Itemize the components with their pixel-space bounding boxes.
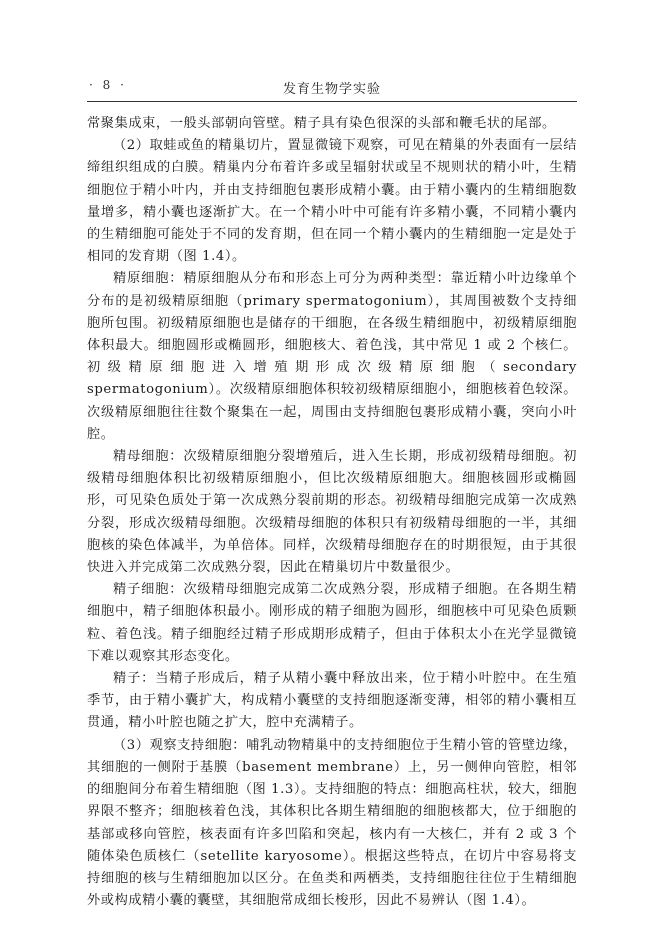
paragraph-spermatid: 精子细胞：次级精母细胞完成第二次成熟分裂，形成精子细胞。在各期生精细胞中，精子细… <box>87 579 577 668</box>
paragraph-sertoli-cell: （3）观察支持细胞：哺乳动物精巢中的支持细胞位于生精小管的管壁边缘，其细胞的一侧… <box>87 735 577 913</box>
paragraph-sperm: 精子：当精子形成后，精子从精小囊中释放出来，位于精小叶腔中。在生殖季节，由于精小… <box>87 668 577 735</box>
paragraph-spermatocyte: 精母细胞：次级精原细胞分裂增殖后，进入生长期，形成初级精母细胞。初级精母细胞体积… <box>87 446 577 579</box>
body-text: 常聚集成束，一般头部朝向管壁。精子具有染色很深的头部和鞭毛状的尾部。 （2）取蛙… <box>87 113 577 912</box>
page-header: · 8 · 发育生物学实验 <box>87 78 577 100</box>
paragraph-frog-fish-testis: （2）取蛙或鱼的精巢切片，置显微镜下观察，可见在精巢的外表面有一层结缔组织组成的… <box>87 135 577 268</box>
paragraph-spermatogonium: 精原细胞：精原细胞从分布和形态上可分为两种类型：靠近精小叶边缘单个分布的是初级精… <box>87 268 577 446</box>
header-rule <box>87 101 577 102</box>
running-title: 发育生物学实验 <box>87 78 577 97</box>
paragraph-continuation: 常聚集成束，一般头部朝向管壁。精子具有染色很深的头部和鞭毛状的尾部。 <box>87 113 577 135</box>
